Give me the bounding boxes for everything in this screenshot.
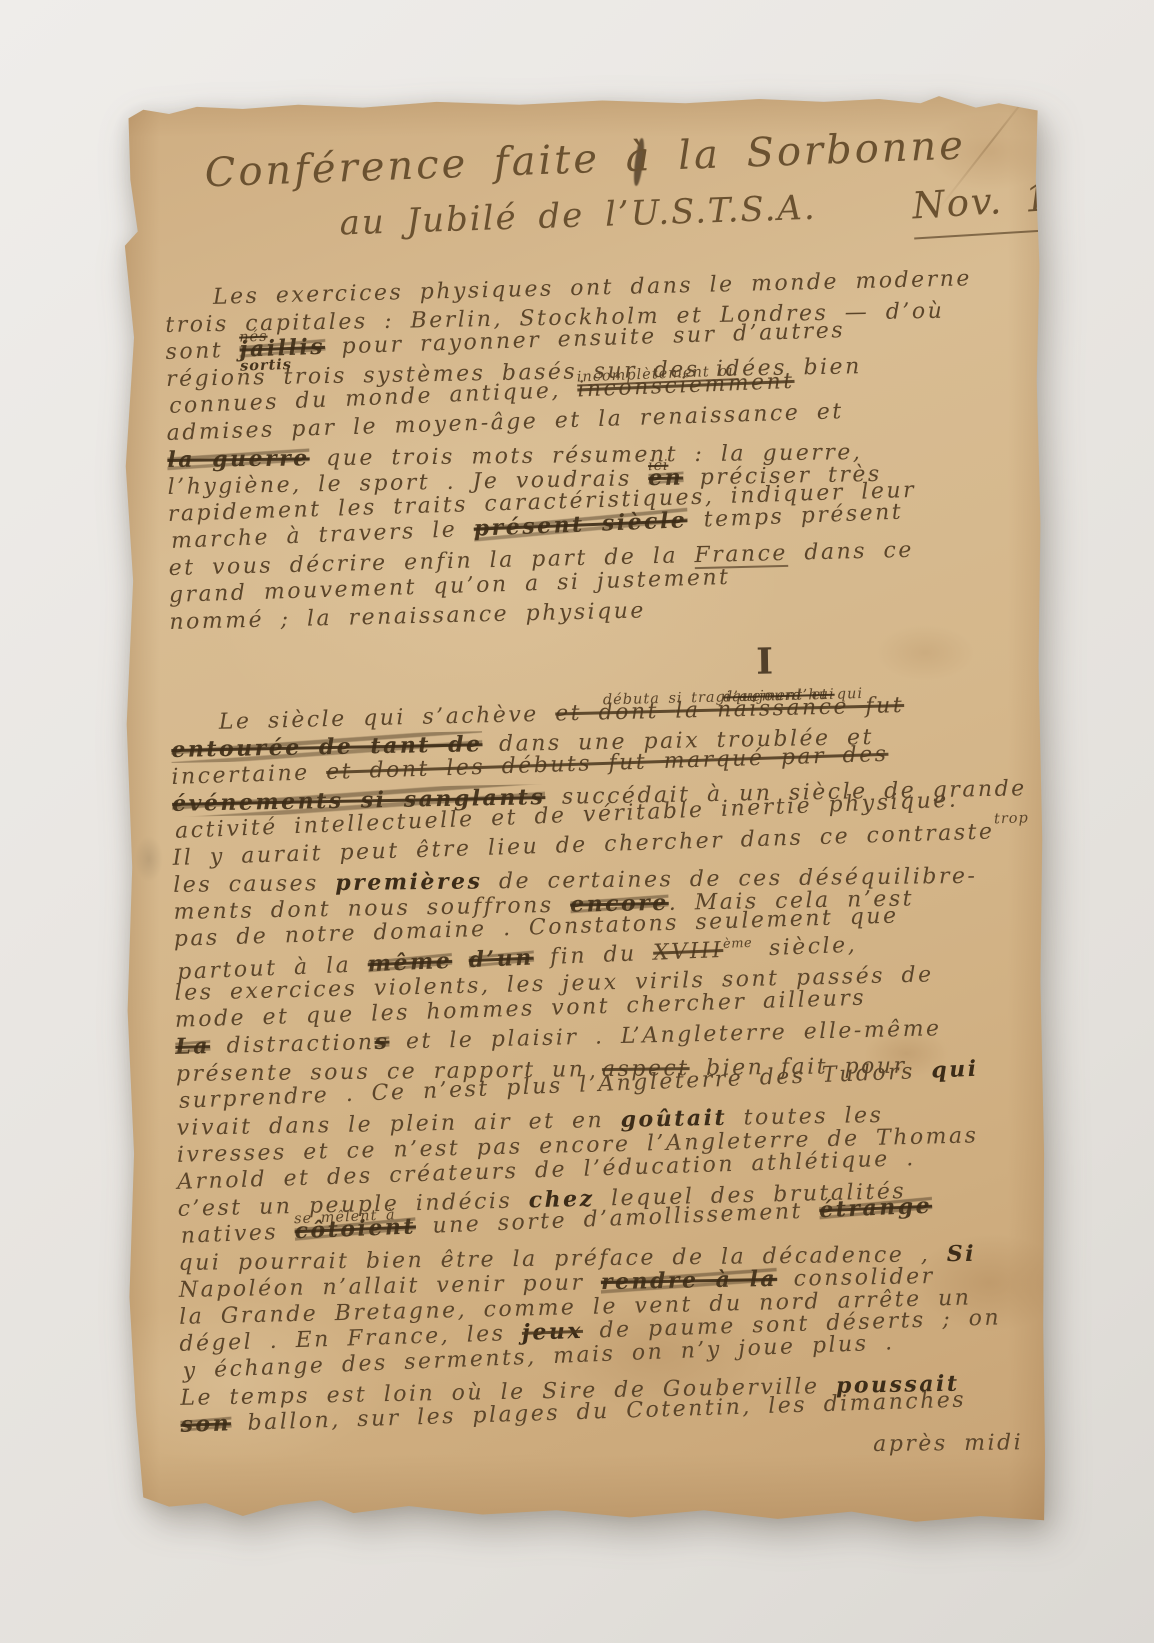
text-segment (452, 948, 469, 974)
pencil-smudge-mark (135, 836, 163, 882)
text-segment: incomplètement ou (576, 365, 577, 392)
text-segment: ème (723, 936, 753, 952)
text-segment: premières (335, 868, 482, 896)
text-segment: sont (165, 338, 240, 365)
paragraph-1: Les exercices physiques ont dans le mond… (165, 273, 1026, 636)
text-segment: natives (180, 1219, 295, 1249)
text-segment: son (180, 1410, 231, 1438)
text-segment: incertaine (171, 760, 326, 790)
text-segment: siècle, (752, 933, 858, 962)
text-segment: après midi (873, 1430, 1023, 1457)
text-segment: Le siècle qui s’achève (219, 702, 556, 735)
paragraph-2: Le siècle qui s’achève débuta si tragiqu… (171, 698, 1037, 1466)
text-segment: nés (239, 325, 240, 352)
section-numeral: I (756, 638, 1027, 682)
text-segment: les causes (173, 871, 335, 898)
text-segment: se mêlent à (294, 1206, 295, 1233)
manuscript-paper: Conférence faite à la Sorbonne au Jubilé… (123, 94, 1045, 1526)
text-segment: qui (931, 1056, 979, 1084)
manuscript-text: Conférence faite à la Sorbonne au Jubilé… (163, 137, 1037, 1466)
text-segment: fin du (533, 941, 654, 971)
text-segment: trop (994, 806, 995, 833)
title-date: Nov. 1892 (911, 167, 1129, 239)
text-segment: La (175, 1033, 210, 1060)
title-line-2-text: au Jubilé de l’U.S.T.S.A. (339, 182, 818, 250)
text-segment: s (374, 1029, 390, 1055)
text-segment: distraction (210, 1030, 375, 1059)
text-segment: XVIII (653, 938, 724, 966)
text-segment: la guerre (167, 445, 310, 473)
manuscript-paper-wrap: Conférence faite à la Sorbonne au Jubilé… (123, 94, 1045, 1526)
text-segment: étrange (819, 1193, 933, 1224)
text-segment: d’un (468, 945, 534, 974)
